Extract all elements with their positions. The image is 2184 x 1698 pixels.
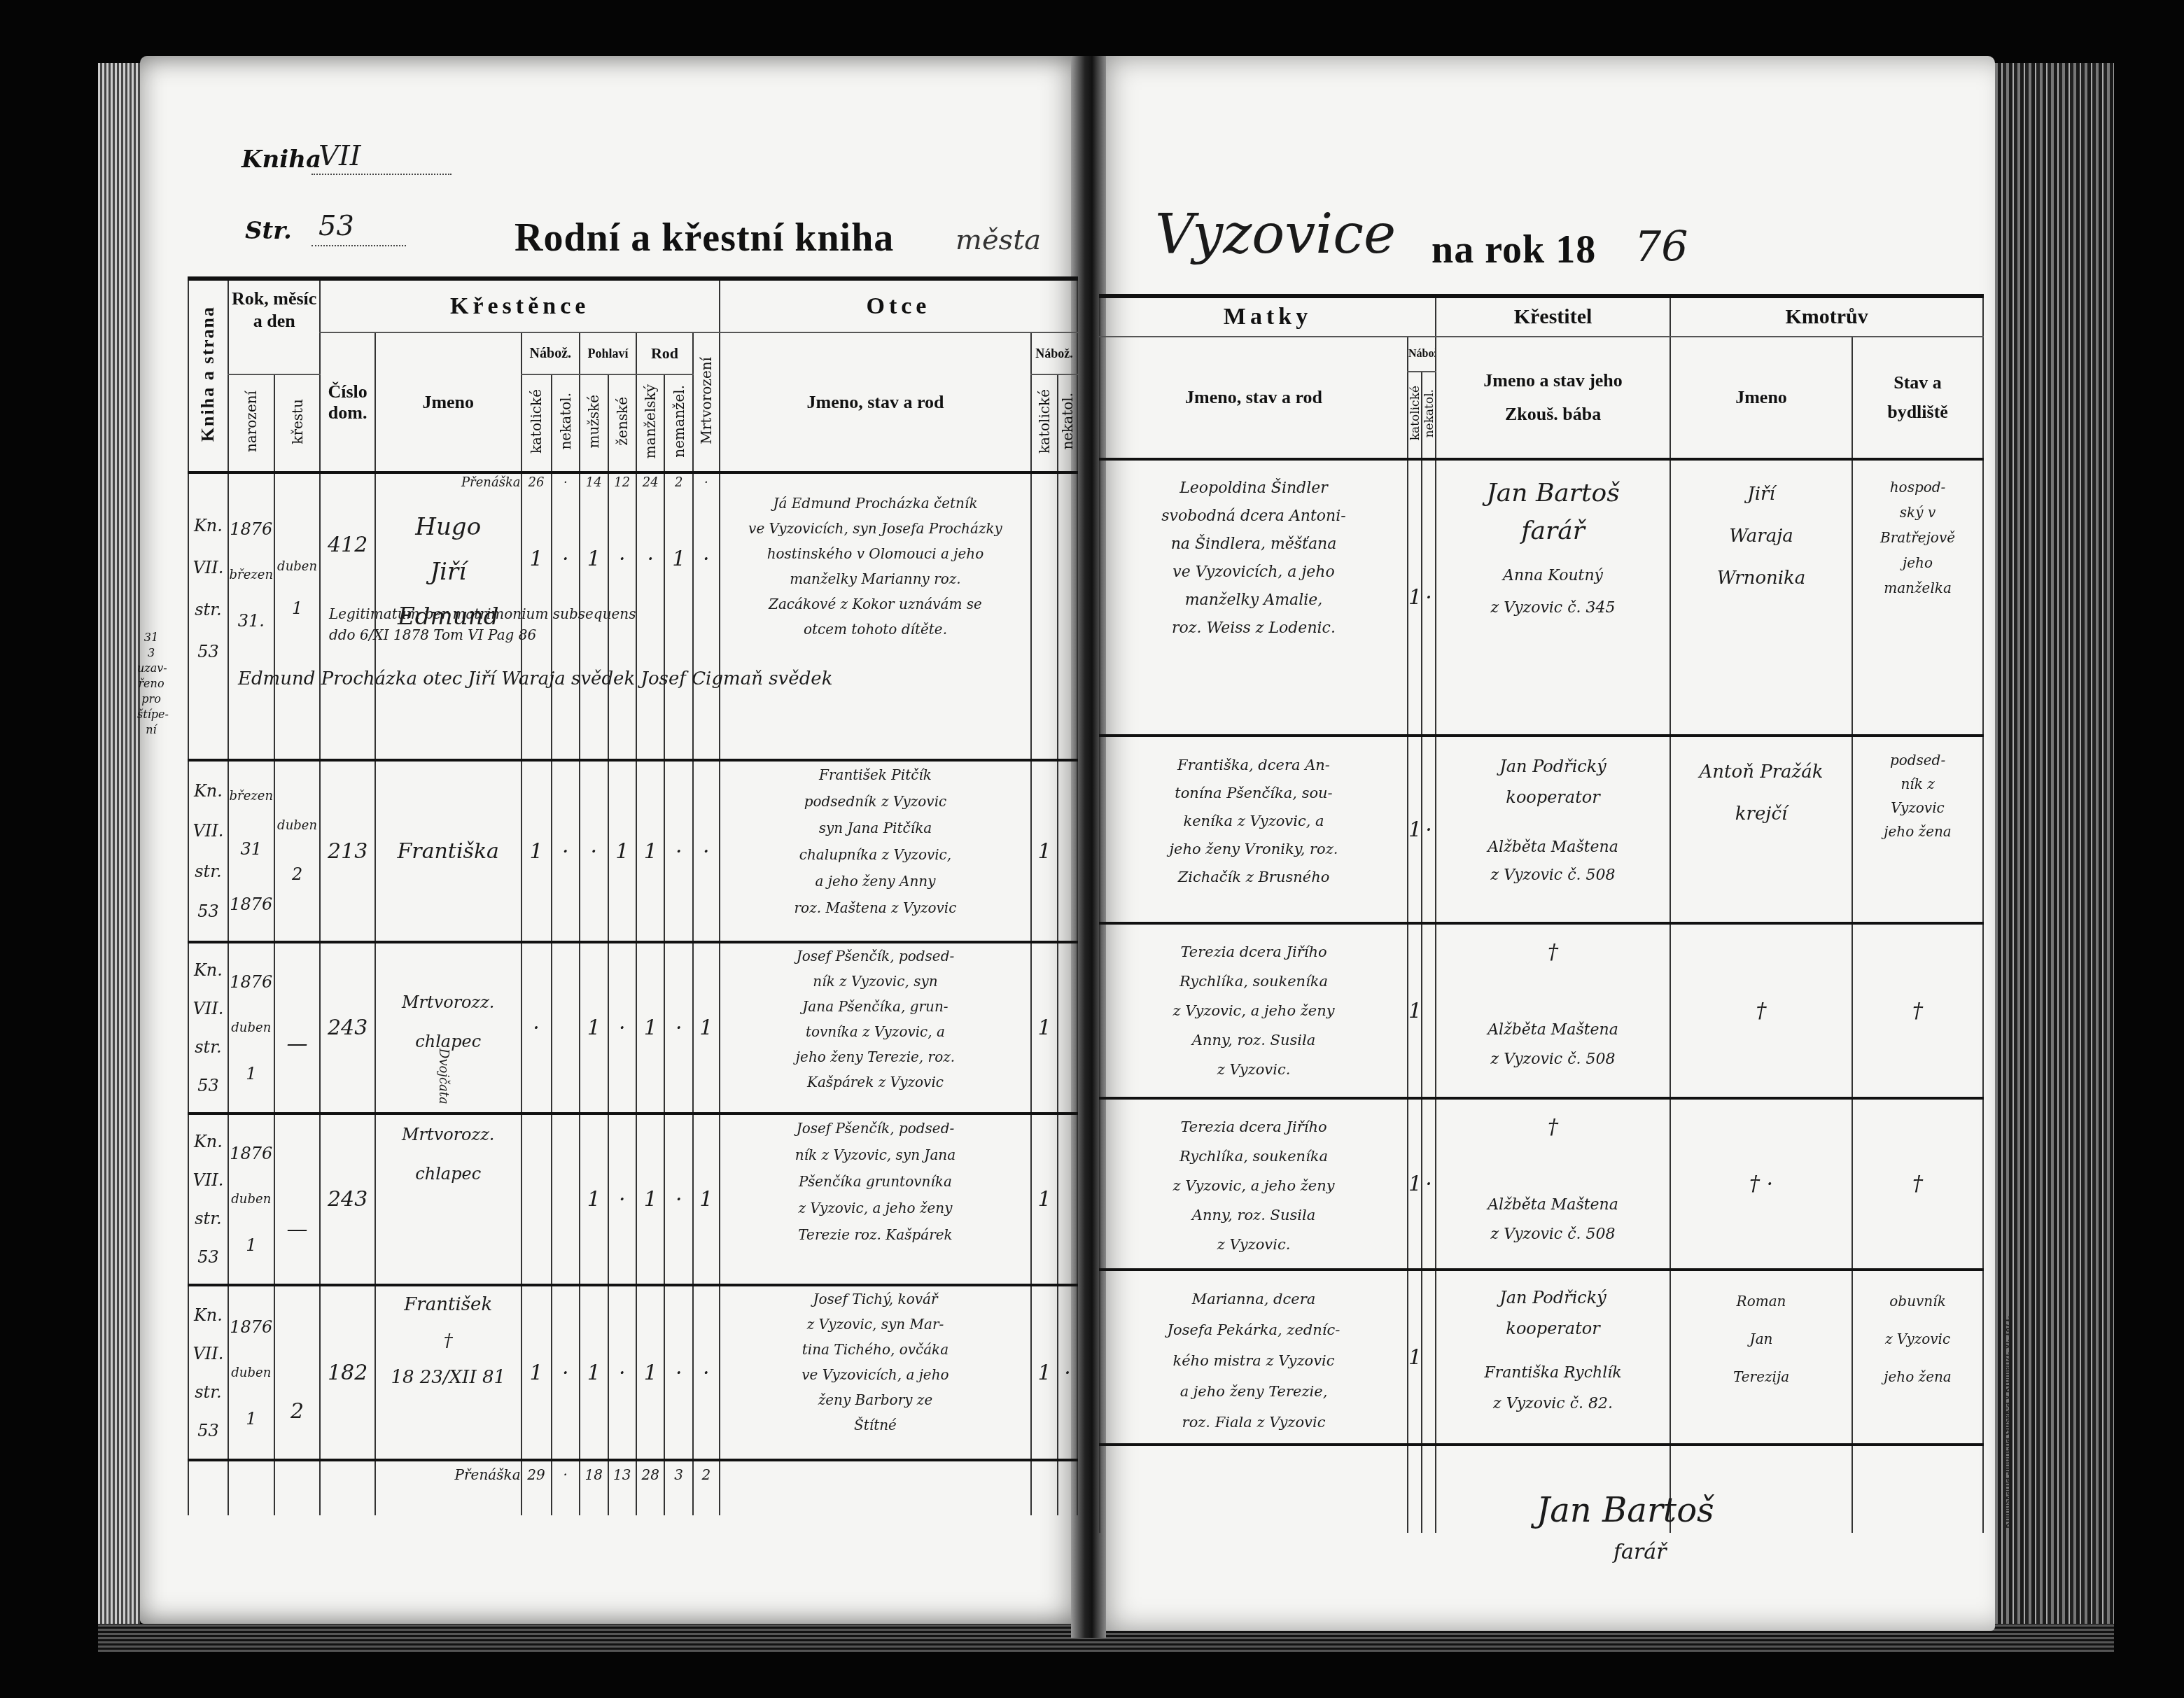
- col-mother-group: Matky: [1100, 296, 1436, 337]
- register-title: Rodní a křestní kniha: [514, 216, 894, 260]
- printer-imprint: Knihtiskárna Jindřicha Gusek-a v Kroměří…: [2002, 1316, 2012, 1528]
- register-table-right: Matky Křestitel Kmotrův Jmeno, stav a ro…: [1099, 294, 1984, 1533]
- table-row: Kn.VII.str.53 1876duben1 — 243 Mrtvorozz…: [188, 1114, 1077, 1285]
- table-row: Kn.VII.str.53 1876duben1 — 243 Mrtvorozz…: [188, 942, 1077, 1114]
- col-legitimate: manželský: [636, 374, 664, 472]
- col-mother-religion: Nábož.: [1408, 337, 1436, 372]
- col-male: mužské: [580, 374, 608, 472]
- table-row: Františka, dcera An- tonína Pšenčíka, so…: [1100, 736, 1983, 923]
- child-name: Mrtvorozz. chlapec: [402, 992, 495, 1051]
- year-label: na rok 18: [1431, 227, 1596, 272]
- book-label: Kniha: [241, 146, 321, 174]
- midwife: Alžběta Maštena z Vyzovic č. 508: [1436, 1016, 1669, 1074]
- page-edge-left: [98, 63, 140, 1638]
- pastor-title: farář: [1613, 1540, 1667, 1564]
- table-row: Terezia dcera Jiřího Rychlíka, soukeníka…: [1100, 1098, 1983, 1270]
- midwife: Františka Rychlík z Vyzovic č. 82.: [1436, 1358, 1669, 1419]
- witness-signatures: Edmund Procházka otec Jiří Waraja svědek…: [238, 668, 832, 689]
- year-handwritten: 76: [1634, 223, 1688, 272]
- twins-note: Dvojčata: [423, 1048, 463, 1104]
- baptizer: Jan Bartoš farář: [1436, 475, 1669, 550]
- col-date-group: Rok, měsíc a den: [228, 279, 321, 332]
- table-row: Leopoldina Šindler svobodná dcera Antoni…: [1100, 459, 1983, 736]
- col-father-noncatholic: nekatol.: [1058, 374, 1077, 472]
- col-lineage: Rod: [636, 332, 693, 374]
- place-name-handwritten: Vyzovice: [1155, 203, 1396, 266]
- totals-row: Přenáška 29 · 18 13 28 3 2: [188, 1460, 1077, 1488]
- baptizer: †: [1436, 939, 1669, 967]
- register-table-left: Kniha a strana Rok, měsíc a den Křestěnc…: [188, 276, 1078, 1515]
- col-illegitimate: nemanžel.: [664, 374, 692, 472]
- col-godparent-status: Stav a bydliště: [1852, 337, 1983, 459]
- col-house-no: Číslo dom.: [320, 332, 374, 472]
- baptizer: Jan Podřický kooperator: [1436, 751, 1669, 813]
- table-row: Kn.VII.str.53 březen311876 duben2 213 Fr…: [188, 760, 1077, 942]
- col-mother-catholic: katolické: [1408, 372, 1422, 459]
- midwife: Anna Koutný z Vyzovic č. 345: [1436, 560, 1669, 624]
- legitimation-note: Legitimatum per matrimonium subsequens d…: [329, 603, 636, 645]
- place-type-handwritten: města: [955, 224, 1041, 256]
- pastor-signature: Jan Bartoš: [1536, 1491, 1714, 1530]
- col-stillborn: Mrtvorození: [693, 332, 720, 472]
- col-baptizer-name: Jmeno a stav jeho Zkouš. bába: [1436, 337, 1670, 459]
- margin-note: 31 3 uzav- řeno pro štípe- ní: [137, 630, 165, 738]
- baptizer: Jan Podřický kooperator: [1436, 1282, 1669, 1344]
- col-godparents-group: Kmotrův: [1670, 296, 1983, 337]
- table-row: Kn.VII.str.53 1876duben1 2 182 František…: [188, 1285, 1077, 1460]
- carryover-row: Přenáška 26 · 14 12 24 2 ·: [188, 472, 1077, 491]
- col-catholic: katolické: [521, 374, 552, 472]
- col-father-catholic: katolické: [1031, 374, 1058, 472]
- book-number: VII: [318, 140, 361, 172]
- col-name: Jmeno: [375, 332, 521, 472]
- col-book-page: Kniha a strana: [188, 279, 228, 472]
- col-religion: Nábož.: [521, 332, 580, 374]
- col-baptizer-group: Křestitel: [1436, 296, 1670, 337]
- col-mother-noncatholic: nekatol.: [1422, 372, 1436, 459]
- col-father-group: Otce: [720, 279, 1077, 332]
- book-underline: [311, 174, 451, 175]
- table-row: Marianna, dcera Josefa Pekárka, zedníc- …: [1100, 1270, 1983, 1445]
- page-label: Str.: [245, 217, 292, 245]
- col-baptism: křestu: [274, 374, 321, 472]
- page-underline: [311, 245, 406, 246]
- col-noncatholic: nekatol.: [552, 374, 580, 472]
- midwife: Alžběta Maštena z Vyzovic č. 508: [1436, 1191, 1669, 1249]
- col-father-religion: Nábož.: [1031, 332, 1077, 374]
- col-mother-name: Jmeno, stav a rod: [1100, 337, 1408, 459]
- col-father-name: Jmeno, stav a rod: [720, 332, 1031, 472]
- page-number: 53: [318, 210, 354, 242]
- col-sex: Pohlaví: [580, 332, 636, 374]
- baptizer: †: [1436, 1114, 1669, 1142]
- page-edge-right: [1995, 63, 2114, 1638]
- col-child-group: Křestěnce: [320, 279, 719, 332]
- midwife: Alžběta Maštena z Vyzovic č. 508: [1436, 834, 1669, 890]
- col-birth: narození: [228, 374, 274, 472]
- col-godparent-name: Jmeno: [1670, 337, 1852, 459]
- col-female: ženské: [608, 374, 636, 472]
- table-row: Terezia dcera Jiřího Rychlíka, soukeníka…: [1100, 923, 1983, 1098]
